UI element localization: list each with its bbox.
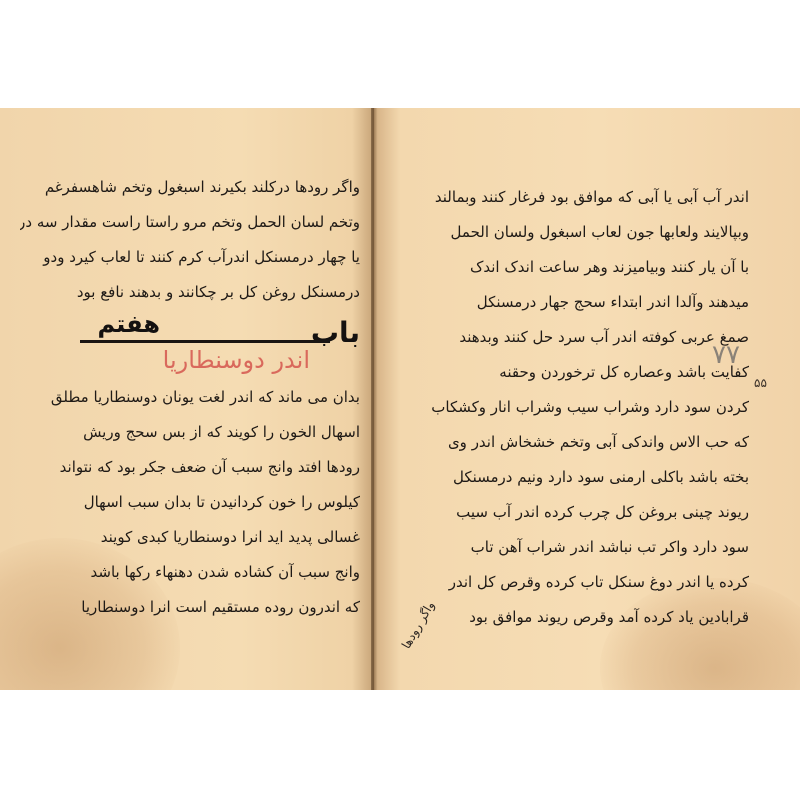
text-line: درمسنکل روغن کل بر چکانند و بدهند نافع ب… (20, 275, 360, 310)
manuscript-spread: واگر رودها درکلند بکیرند اسبغول وتخم شاه… (0, 108, 800, 690)
text-line: غسالی پدید اید انرا دوسنطاریا کبدی کویند (20, 520, 360, 555)
folio-number-pencil: ۷۷ (712, 340, 740, 370)
text-line: که حب الاس واندکی آبی وتخم خشخاش اندر وی (399, 425, 749, 460)
chapter-number: هفتم (97, 310, 160, 338)
text-line: سود دارد واکر تب نباشد اندر شراب آهن تاب (399, 530, 749, 565)
text-line: وتخم لسان الحمل وتخم مرو راستا راست مقدا… (20, 205, 360, 240)
text-line: میدهند وآلدا اندر ابتداء سحج جهار درمسنک… (399, 285, 749, 320)
text-line: وبپالایند ولعابها جون لعاب اسبغول ولسان … (399, 215, 749, 250)
right-page-text: اندر آب آبی یا آبی که موافق بود فرغار کن… (399, 180, 749, 635)
text-line: کفایت باشد وعصاره کل ترخوردن وحقنه (399, 355, 749, 390)
text-line: بدان می ماند که اندر لغت یونان دوسنطاریا… (20, 380, 360, 415)
text-line: با آن یار کنند وبیامیزند وهر ساعت اندک ا… (399, 250, 749, 285)
text-line: بخته باشد باکلی ارمنی سود دارد ونیم درمس… (399, 460, 749, 495)
text-line: ریوند چینی بروغن کل چرب کرده اندر آب سیب (399, 495, 749, 530)
text-line: که اندرون روده مستقیم است انرا دوسنطاریا (20, 590, 360, 625)
text-line: واگر رودها درکلند بکیرند اسبغول وتخم شاه… (20, 170, 360, 205)
text-line: کردن سود دارد وشراب سیب وشراب انار وکشکا… (399, 390, 749, 425)
text-line: اندر آب آبی یا آبی که موافق بود فرغار کن… (399, 180, 749, 215)
left-page-text: واگر رودها درکلند بکیرند اسبغول وتخم شاه… (20, 170, 360, 625)
text-line: کرده یا اندر دوغ سنکل تاب کرده وقرص کل ا… (399, 565, 749, 600)
text-line: کیلوس را خون کردانیدن تا بدان سبب اسهال (20, 485, 360, 520)
text-line: یا چهار درمسنکل اندرآب کرم کنند تا لعاب … (20, 240, 360, 275)
text-line: وانج سبب آن کشاده شدن دهنهاء رکها باشد (20, 555, 360, 590)
chapter-bab-word: باب (311, 316, 360, 349)
left-page: واگر رودها درکلند بکیرند اسبغول وتخم شاه… (0, 108, 371, 690)
folio-number-small: ۵۵ (754, 376, 767, 390)
right-page: اندر آب آبی یا آبی که موافق بود فرغار کن… (374, 108, 800, 690)
chapter-rule-line (80, 340, 330, 343)
text-line: صمغ عربی کوفته اندر آب سرد حل کنند وبدهن… (399, 320, 749, 355)
chapter-title-rubric: اندر دوسنطاریا (163, 346, 310, 374)
text-line: اسهال الخون را کویند که از بس سحج وریش (20, 415, 360, 450)
chapter-heading: باب هفتم اندر دوسنطاریا (20, 310, 360, 380)
text-line: قرابادین یاد کرده آمد وقرص ریوند موافق ب… (399, 600, 749, 635)
text-line: رودها افتد وانج سبب آن ضعف جکر بود که نت… (20, 450, 360, 485)
